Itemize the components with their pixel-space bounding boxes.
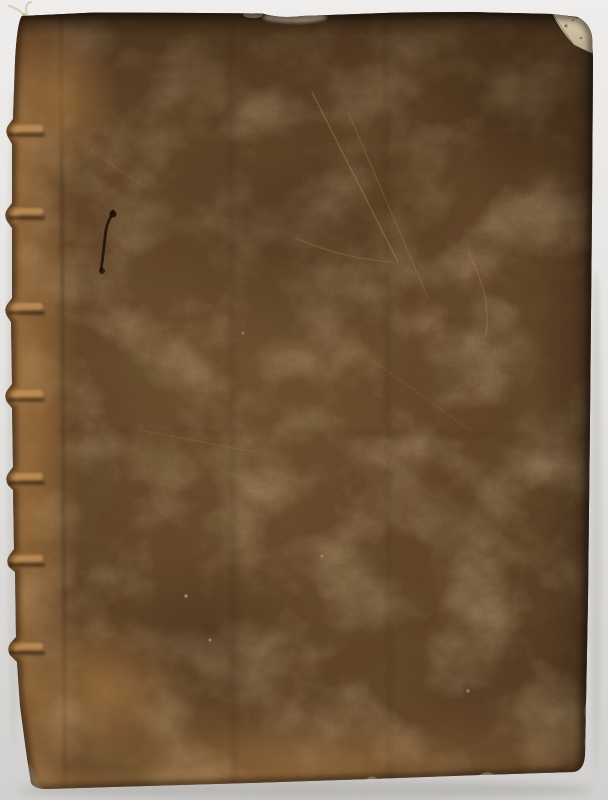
dark-patch-lower-left: [85, 553, 315, 717]
spine-band-shadow: [8, 216, 45, 220]
spine-band-ridge: [8, 390, 43, 397]
book-photo: Photograph of the front cover of an anti…: [0, 0, 608, 800]
vertical-crease-right: [386, 22, 390, 778]
spine-band-shadow: [8, 133, 45, 137]
worn-patch-top-left: [4, 17, 120, 173]
spine-band-shadow: [8, 398, 45, 402]
book-cast-shadow-right: [590, 270, 602, 770]
book-cover: [0, 0, 608, 800]
spine-band-shadow: [8, 311, 45, 315]
photo-stage: Photograph of the front cover of an anti…: [0, 0, 608, 800]
spine-band-ridge: [8, 208, 43, 215]
spine-band-ridge: [8, 303, 43, 310]
vertical-crease-left: [230, 25, 234, 780]
